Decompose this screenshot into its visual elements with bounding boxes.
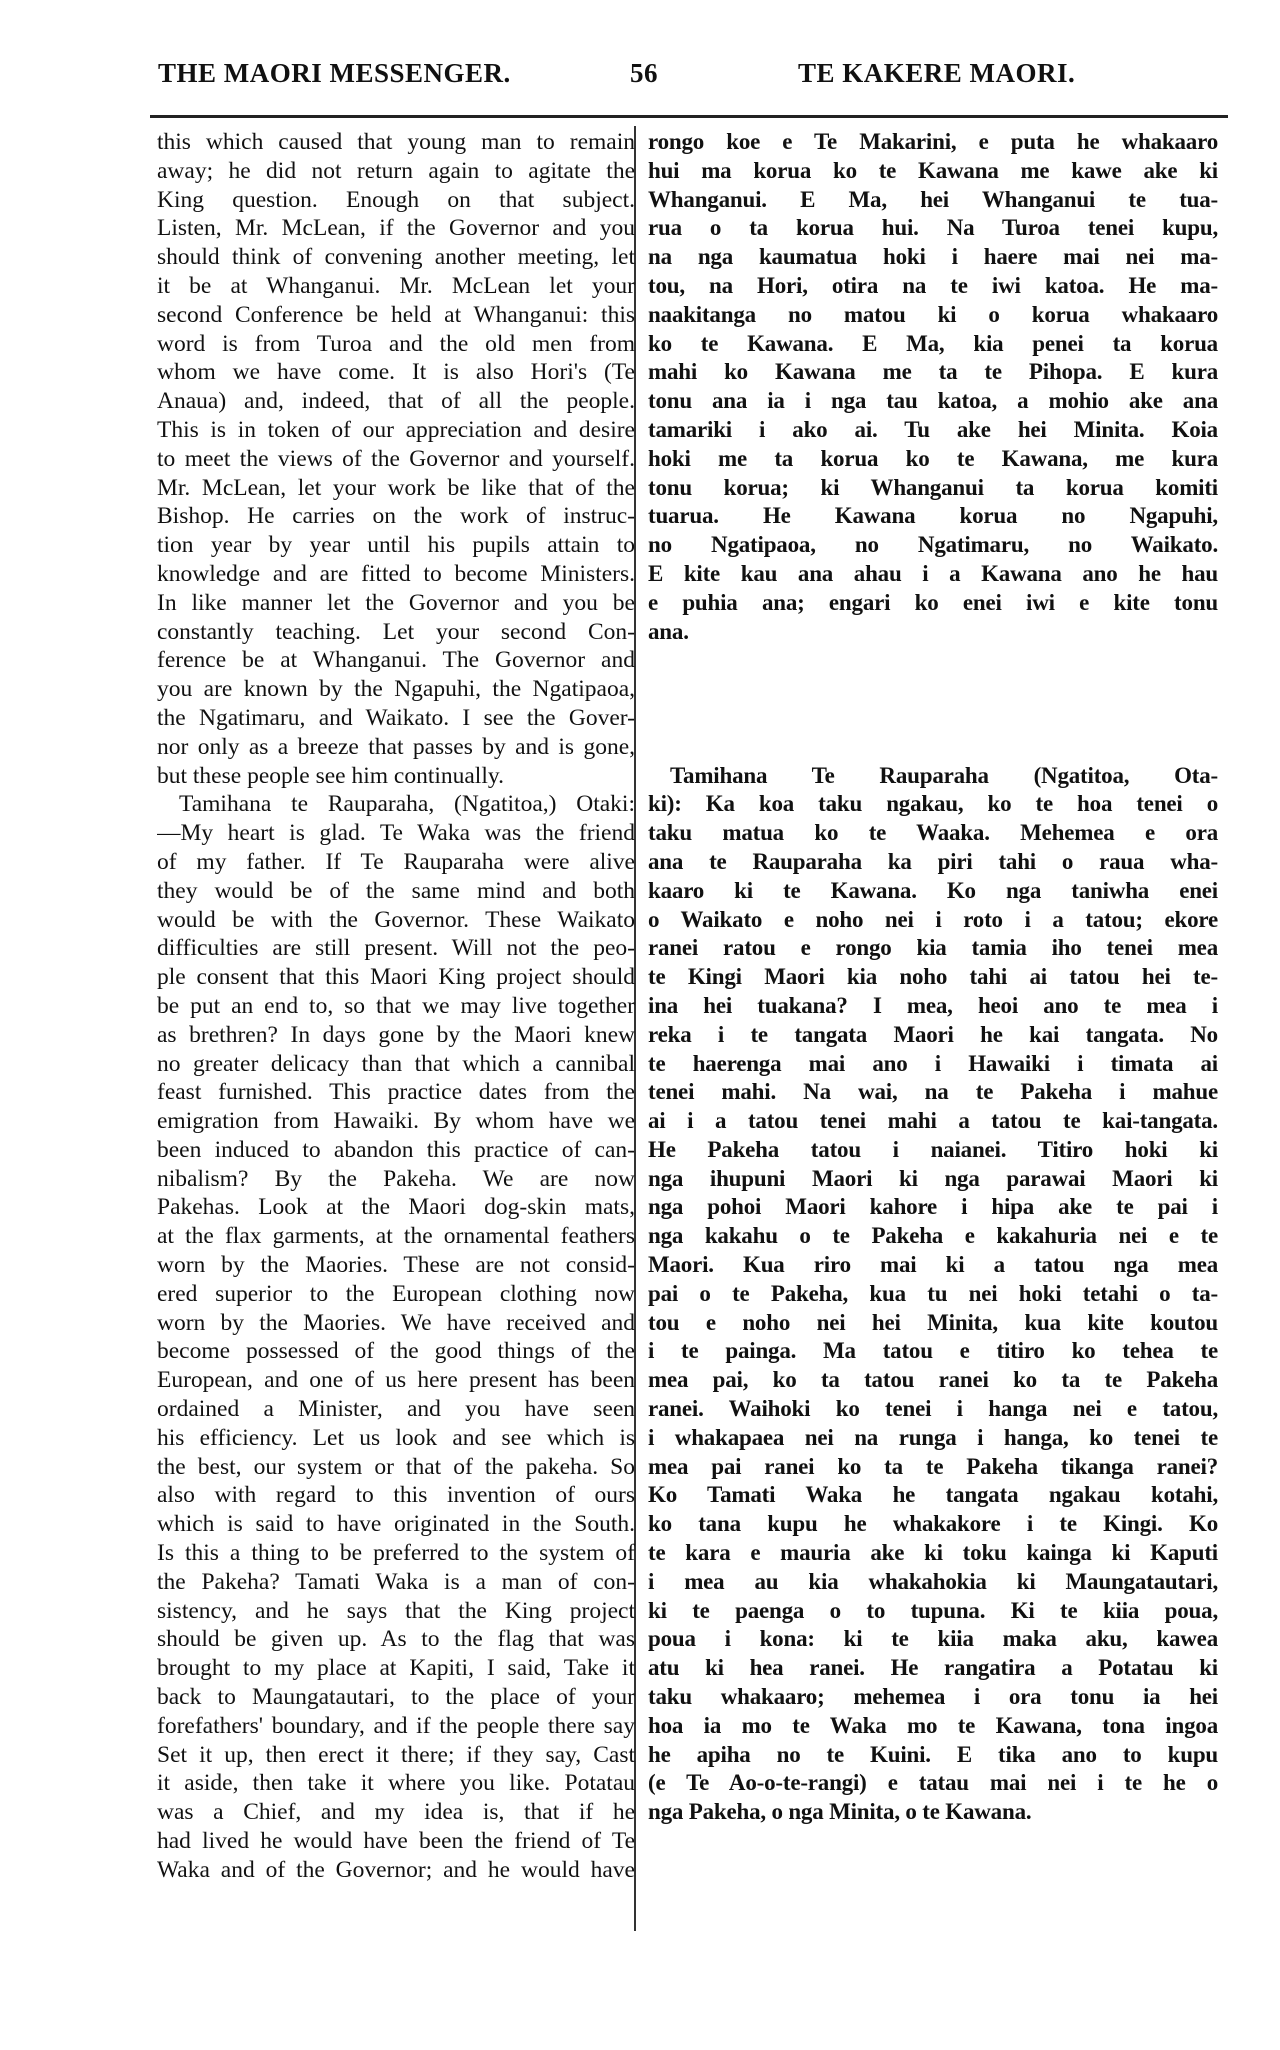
text-line: nga ihupuni Maori ki nga parawai Maori k… (648, 1165, 1218, 1194)
text-line: was a Chief, and my idea is, that if he (157, 1798, 635, 1827)
text-line: Pakehas. Look at the Maori dog-skin mats… (157, 1193, 635, 1222)
text-line: poua i kona: ki te kiia maka aku, kawea (648, 1625, 1218, 1654)
text-line: ki): Ka koa taku ngakau, ko te hoa tenei… (648, 790, 1218, 819)
text-line: ranei ratou e rongo kia tamia iho tenei … (648, 934, 1218, 963)
text-line: back to Maungatautari, to the place of y… (157, 1683, 635, 1712)
text-line: Whanganui. E Ma, hei Whanganui te tua- (648, 186, 1218, 215)
text-line: Set it up, then erect it there; if they … (157, 1741, 635, 1770)
text-line: atu ki hea ranei. He rangatira a Potatau… (648, 1654, 1218, 1683)
text-line: which is said to have originated in the … (157, 1510, 635, 1539)
text-line: the Pakeha? Tamati Waka is a man of con- (157, 1568, 635, 1597)
text-line: but these people see him continually. (157, 762, 635, 791)
text-line: you are known by the Ngapuhi, the Ngatip… (157, 675, 635, 704)
text-line: ko te Kawana. E Ma, kia penei ta korua (648, 330, 1218, 359)
text-line: naakitanga no matou ki o korua whakaaro (648, 301, 1218, 330)
text-line: reka i te tangata Maori he kai tangata. … (648, 1021, 1218, 1050)
text-line: mahi ko Kawana me ta te Pihopa. E kura (648, 358, 1218, 387)
maori-paragraph-1: rongo koe e Te Makarini, e puta he whaka… (648, 128, 1218, 646)
text-line: tonu korua; ki Whanganui ta korua komiti (648, 474, 1218, 503)
text-line: te kara e mauria ake ki toku kainga ki K… (648, 1539, 1218, 1568)
text-line: also with regard to this invention of ou… (157, 1481, 635, 1510)
text-line: Waka and of the Governor; and he would h… (157, 1856, 635, 1885)
text-line: hoa ia mo te Waka mo te Kawana, tona ing… (648, 1712, 1218, 1741)
text-line: difficulties are still present. Will not… (157, 934, 635, 963)
text-line: tuarua. He Kawana korua no Ngapuhi, (648, 502, 1218, 531)
text-line: ki te paenga o to tupuna. Ki te kiia pou… (648, 1597, 1218, 1626)
maori-column: rongo koe e Te Makarini, e puta he whaka… (648, 128, 1218, 1827)
column-gap (648, 704, 1218, 733)
text-line: been induced to abandon this practice of… (157, 1136, 635, 1165)
text-line: te Kingi Maori kia noho tahi ai tatou he… (648, 963, 1218, 992)
text-line: it aside, then take it where you like. P… (157, 1769, 635, 1798)
text-line: worn by the Maories. We have received an… (157, 1309, 635, 1338)
text-line: hui ma korua ko te Kawana me kawe ake ki (648, 157, 1218, 186)
english-column: this which caused that young man to rema… (157, 128, 635, 1885)
text-line: at the flax garments, at the ornamental … (157, 1222, 635, 1251)
text-line: forefathers' boundary, and if the people… (157, 1712, 635, 1741)
header-rule (150, 115, 1228, 118)
text-line: ai i a tatou tenei mahi a tatou te kai-t… (648, 1107, 1218, 1136)
text-line: In like manner let the Governor and you … (157, 589, 635, 618)
text-line: become possessed of the good things of t… (157, 1337, 635, 1366)
text-line: Tamihana Te Rauparaha (Ngatitoa, Ota- (648, 762, 1218, 791)
english-paragraph-2: Tamihana te Rauparaha, (Ngatitoa,) Otaki… (157, 790, 635, 1884)
text-line: had lived he would have been the friend … (157, 1827, 635, 1856)
text-line: ple consent that this Maori King project… (157, 963, 635, 992)
text-line: be put an end to, so that we may live to… (157, 992, 635, 1021)
text-line: the Ngatimaru, and Waikato. I see the Go… (157, 704, 635, 733)
text-line: word is from Turoa and the old men from (157, 330, 635, 359)
text-line: pai o te Pakeha, kua tu nei hoki tetahi … (648, 1280, 1218, 1309)
text-line: the best, our system or that of the pake… (157, 1453, 635, 1482)
text-line: Ko Tamati Waka he tangata ngakau kotahi, (648, 1481, 1218, 1510)
text-line: na nga kaumatua hoki i haere mai nei ma- (648, 243, 1218, 272)
text-line: taku matua ko te Waaka. Mehemea e ora (648, 819, 1218, 848)
column-gap (648, 733, 1218, 762)
text-line: Anaua) and, indeed, that of all the peop… (157, 387, 635, 416)
text-line: This is in token of our appreciation and… (157, 416, 635, 445)
text-line: no greater delicacy than that which a ca… (157, 1050, 635, 1079)
english-masthead: THE MAORI MESSENGER. (158, 58, 511, 89)
text-line: ered superior to the European clothing n… (157, 1280, 635, 1309)
text-line: feast furnished. This practice dates fro… (157, 1078, 635, 1107)
text-line: He Pakeha tatou i naianei. Titiro hoki k… (648, 1136, 1218, 1165)
text-line: —My heart is glad. Te Waka was the frien… (157, 819, 635, 848)
text-line: nga kakahu o te Pakeha e kakahuria nei e… (648, 1222, 1218, 1251)
text-line: Mr. McLean, let your work be like that o… (157, 474, 635, 503)
text-line: tamariki i ako ai. Tu ake hei Minita. Ko… (648, 416, 1218, 445)
text-line: nga pohoi Maori kahore i hipa ake te pai… (648, 1193, 1218, 1222)
text-line: no Ngatipaoa, no Ngatimaru, no Waikato. (648, 531, 1218, 560)
text-line: he apiha no te Kuini. E tika ano to kupu (648, 1741, 1218, 1770)
text-line: ordained a Minister, and you have seen (157, 1395, 635, 1424)
text-line: sistency, and he says that the King proj… (157, 1597, 635, 1626)
text-line: nibalism? By the Pakeha. We are now (157, 1165, 635, 1194)
maori-paragraph-2: Tamihana Te Rauparaha (Ngatitoa, Ota-ki)… (648, 762, 1218, 1827)
text-line: would be with the Governor. These Waikat… (157, 906, 635, 935)
text-line: second Conference be held at Whanganui: … (157, 301, 635, 330)
text-line: tonu ana ia i nga tau katoa, a mohio ake… (648, 387, 1218, 416)
text-line: should be given up. As to the flag that … (157, 1625, 635, 1654)
text-line: it be at Whanganui. Mr. McLean let your (157, 272, 635, 301)
text-line: ina hei tuakana? I mea, heoi ano te mea … (648, 992, 1218, 1021)
text-line: E kite kau ana ahau i a Kawana ano he ha… (648, 560, 1218, 589)
text-line: tion year by year until his pupils attai… (157, 531, 635, 560)
text-line: his efficiency. Let us look and see whic… (157, 1424, 635, 1453)
text-line: nga Pakeha, o nga Minita, o te Kawana. (648, 1798, 1218, 1827)
page-number: 56 (630, 58, 658, 89)
text-line: i mea au kia whakahokia ki Maungatautari… (648, 1568, 1218, 1597)
text-line: rua o ta korua hui. Na Turoa tenei kupu, (648, 214, 1218, 243)
text-line: mea pai, ko ta tatou ranei ko ta te Pake… (648, 1366, 1218, 1395)
text-line: ana te Rauparaha ka piri tahi o raua wha… (648, 848, 1218, 877)
text-line: te haerenga mai ano i Hawaiki i timata a… (648, 1050, 1218, 1079)
text-line: as brethren? In days gone by the Maori k… (157, 1021, 635, 1050)
text-line: taku whakaaro; mehemea i ora tonu ia hei (648, 1683, 1218, 1712)
text-line: worn by the Maories. These are not consi… (157, 1251, 635, 1280)
text-line: King question. Enough on that subject. (157, 186, 635, 215)
page-header: THE MAORI MESSENGER. 56 TE KAKERE MAORI. (150, 58, 1230, 98)
text-line: tou e noho nei hei Minita, kua kite kout… (648, 1309, 1218, 1338)
text-line: they would be of the same mind and both (157, 877, 635, 906)
text-line: of my father. If Te Rauparaha were alive (157, 848, 635, 877)
text-line: i te painga. Ma tatou e titiro ko tehea … (648, 1337, 1218, 1366)
text-line: Listen, Mr. McLean, if the Governor and … (157, 214, 635, 243)
text-line: emigration from Hawaiki. By whom have we (157, 1107, 635, 1136)
text-line: constantly teaching. Let your second Con… (157, 618, 635, 647)
text-line: ana. (648, 618, 1218, 647)
text-line: this which caused that young man to rema… (157, 128, 635, 157)
newspaper-page: THE MAORI MESSENGER. 56 TE KAKERE MAORI.… (0, 0, 1280, 2050)
text-line: brought to my place at Kapiti, I said, T… (157, 1654, 635, 1683)
text-line: ference be at Whanganui. The Governor an… (157, 646, 635, 675)
text-line: ranei. Waihoki ko tenei i hanga nei e ta… (648, 1395, 1218, 1424)
text-line: should think of convening another meetin… (157, 243, 635, 272)
text-line: tenei mahi. Na wai, na te Pakeha i mahue (648, 1078, 1218, 1107)
column-gap (648, 646, 1218, 675)
text-line: Bishop. He carries on the work of instru… (157, 502, 635, 531)
english-paragraph-1: this which caused that young man to rema… (157, 128, 635, 790)
text-line: kaaro ki te Kawana. Ko nga taniwha enei (648, 877, 1218, 906)
text-line: o Waikato e noho nei i roto i a tatou; e… (648, 906, 1218, 935)
text-line: away; he did not return again to agitate… (157, 157, 635, 186)
text-line: hoki me ta korua ko te Kawana, me kura (648, 445, 1218, 474)
text-line: rongo koe e Te Makarini, e puta he whaka… (648, 128, 1218, 157)
maori-masthead: TE KAKERE MAORI. (798, 58, 1075, 89)
text-line: nor only as a breeze that passes by and … (157, 733, 635, 762)
text-line: Maori. Kua riro mai ki a tatou nga mea (648, 1251, 1218, 1280)
text-line: European, and one of us here present has… (157, 1366, 635, 1395)
text-line: Tamihana te Rauparaha, (Ngatitoa,) Otaki… (157, 790, 635, 819)
text-line: tou, na Hori, otira na te iwi katoa. He … (648, 272, 1218, 301)
text-line: Is this a thing to be preferred to the s… (157, 1539, 635, 1568)
text-line: to meet the views of the Governor and yo… (157, 445, 635, 474)
column-gap (648, 675, 1218, 704)
text-line: mea pai ranei ko ta te Pakeha tikanga ra… (648, 1453, 1218, 1482)
text-line: (e Te Ao-o-te-rangi) e tatau mai nei i t… (648, 1769, 1218, 1798)
text-line: i whakapaea nei na runga i hanga, ko ten… (648, 1424, 1218, 1453)
text-line: ko tana kupu he whakakore i te Kingi. Ko (648, 1510, 1218, 1539)
text-line: knowledge and are fitted to become Minis… (157, 560, 635, 589)
text-line: e puhia ana; engari ko enei iwi e kite t… (648, 589, 1218, 618)
text-line: whom we have come. It is also Hori's (Te (157, 358, 635, 387)
